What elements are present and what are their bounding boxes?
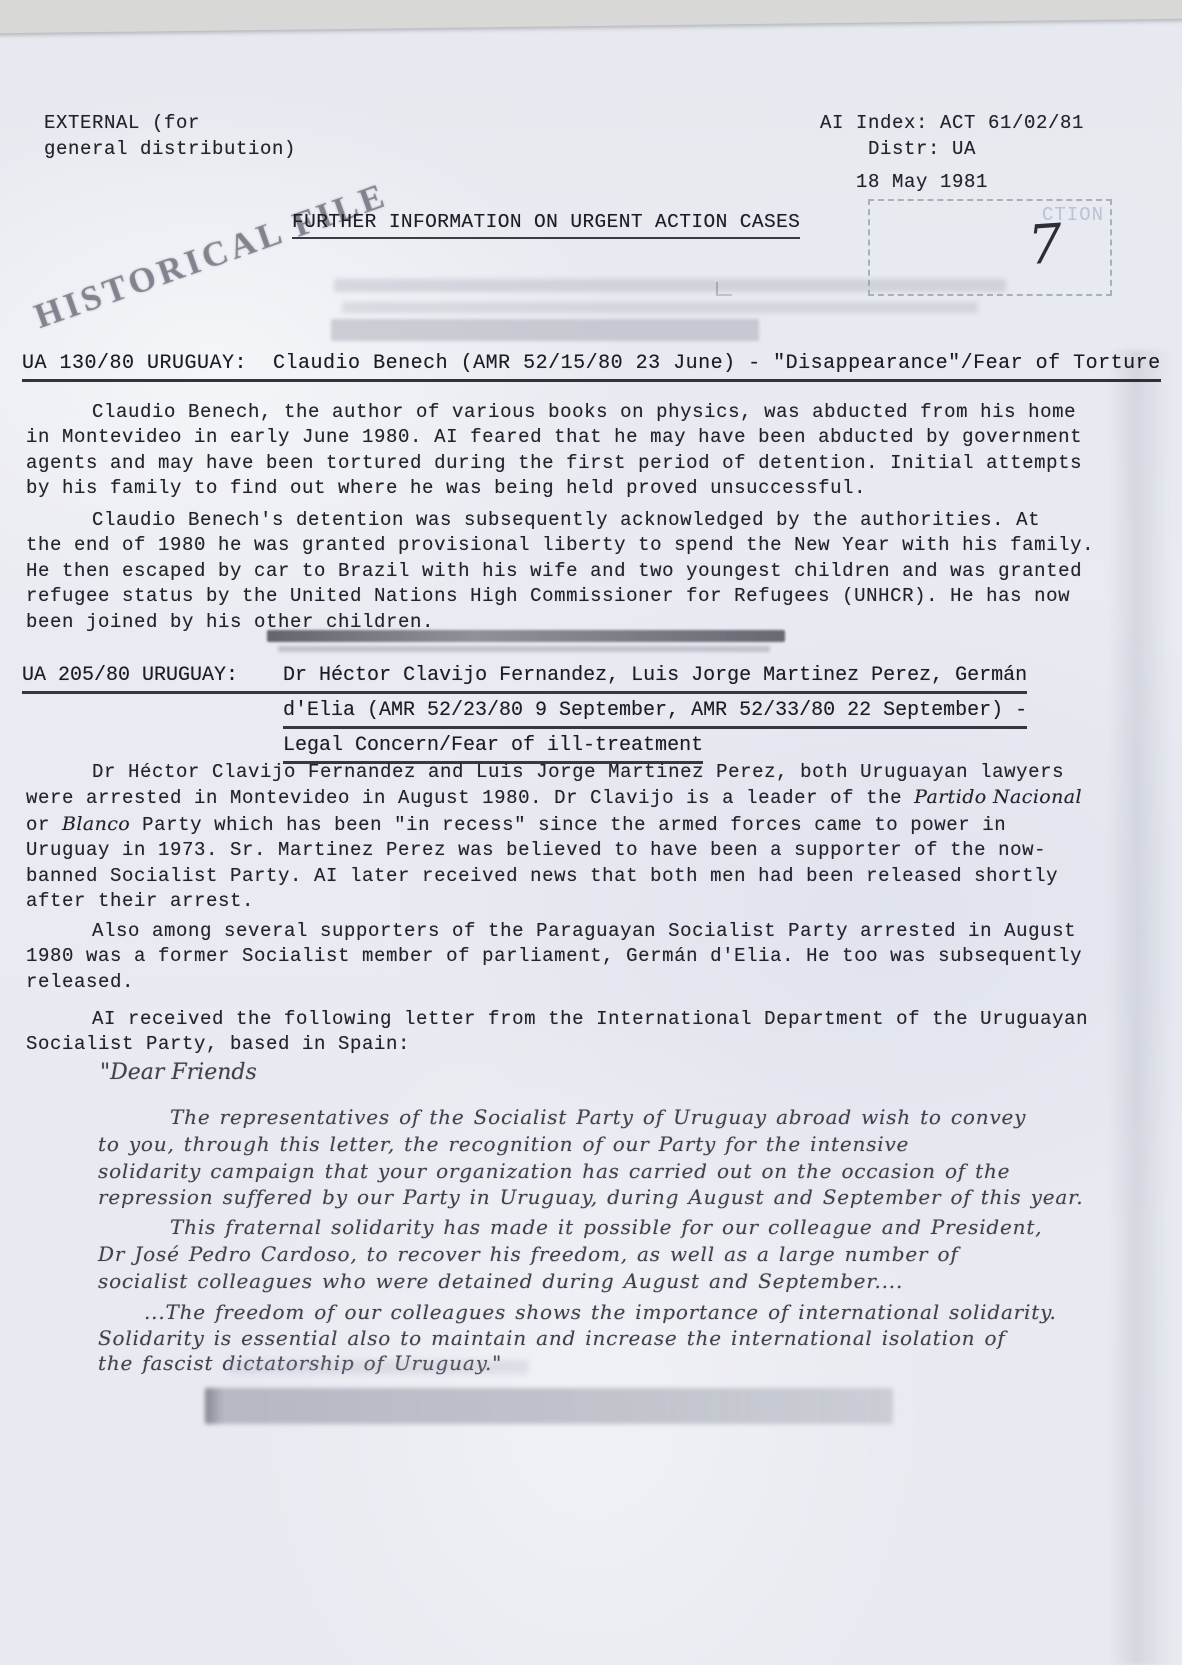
case2-paragraph-2: Also among several supporters of the Par… xyxy=(26,919,1171,995)
erased-text-smudge xyxy=(228,1360,528,1374)
document-meta: AI Index: ACT 61/02/81 Distr: UA 18 May … xyxy=(820,110,1084,195)
letter-salutation: "Dear Friends xyxy=(100,1060,257,1085)
handwritten-page-number: 7 xyxy=(1026,212,1065,277)
external-line2: general distribution) xyxy=(44,136,296,162)
case2-paragraph-3: AI received the following letter from th… xyxy=(26,1007,1171,1058)
document-title: FURTHER INFORMATION ON URGENT ACTION CAS… xyxy=(292,211,800,239)
case2-heading-line1: Dr Héctor Clavijo Fernandez, Luis Jorge … xyxy=(283,664,1027,687)
crossed-out-line-smudge xyxy=(267,630,785,642)
case1-paragraph-2: Claudio Benech's detention was subsequen… xyxy=(26,508,1171,635)
crossed-out-line-smudge xyxy=(278,646,770,652)
ai-index: AI Index: ACT 61/02/81 xyxy=(820,110,1084,136)
historical-file-stamp: HISTORICAL FILE xyxy=(29,175,393,337)
case1-heading-text: Claudio Benech (AMR 52/15/80 23 June) - … xyxy=(273,352,1161,375)
case1-heading-label: UA 130/80 URUGUAY: xyxy=(22,352,247,375)
erased-text-smudge xyxy=(331,319,759,341)
redacted-line-smudge xyxy=(205,1388,893,1424)
letter-paragraph-1: The representatives of the Socialist Par… xyxy=(98,1104,1108,1211)
erased-text-smudge xyxy=(334,279,1006,292)
case2-paragraph-1: Dr Héctor Clavijo Fernandez and Luis Jor… xyxy=(26,760,1171,914)
case2-heading-row1: UA 205/80 URUGUAY:Dr Héctor Clavijo Fern… xyxy=(22,664,1027,694)
case2-heading: UA 205/80 URUGUAY:Dr Héctor Clavijo Fern… xyxy=(22,664,1027,769)
letter-paragraph-2: This fraternal solidarity has made it po… xyxy=(98,1214,1108,1294)
document-date: 18 May 1981 xyxy=(820,169,1084,195)
distribution-code: Distr: UA xyxy=(820,136,1084,162)
case2-heading-line2: d'Elia (AMR 52/23/80 9 September, AMR 52… xyxy=(283,699,1027,729)
document-page: EXTERNAL (for general distribution) AI I… xyxy=(0,0,1182,1665)
fold-corner-mark xyxy=(716,282,732,296)
case1-heading: UA 130/80 URUGUAY:Claudio Benech (AMR 52… xyxy=(22,352,1161,382)
scan-top-edge xyxy=(0,0,1182,33)
erased-text-smudge xyxy=(342,302,978,313)
distribution-label: EXTERNAL (for general distribution) xyxy=(44,110,296,162)
case2-heading-label: UA 205/80 URUGUAY: xyxy=(22,664,238,687)
external-line1: EXTERNAL (for xyxy=(44,110,296,136)
case1-paragraph-1: Claudio Benech, the author of various bo… xyxy=(26,400,1171,502)
